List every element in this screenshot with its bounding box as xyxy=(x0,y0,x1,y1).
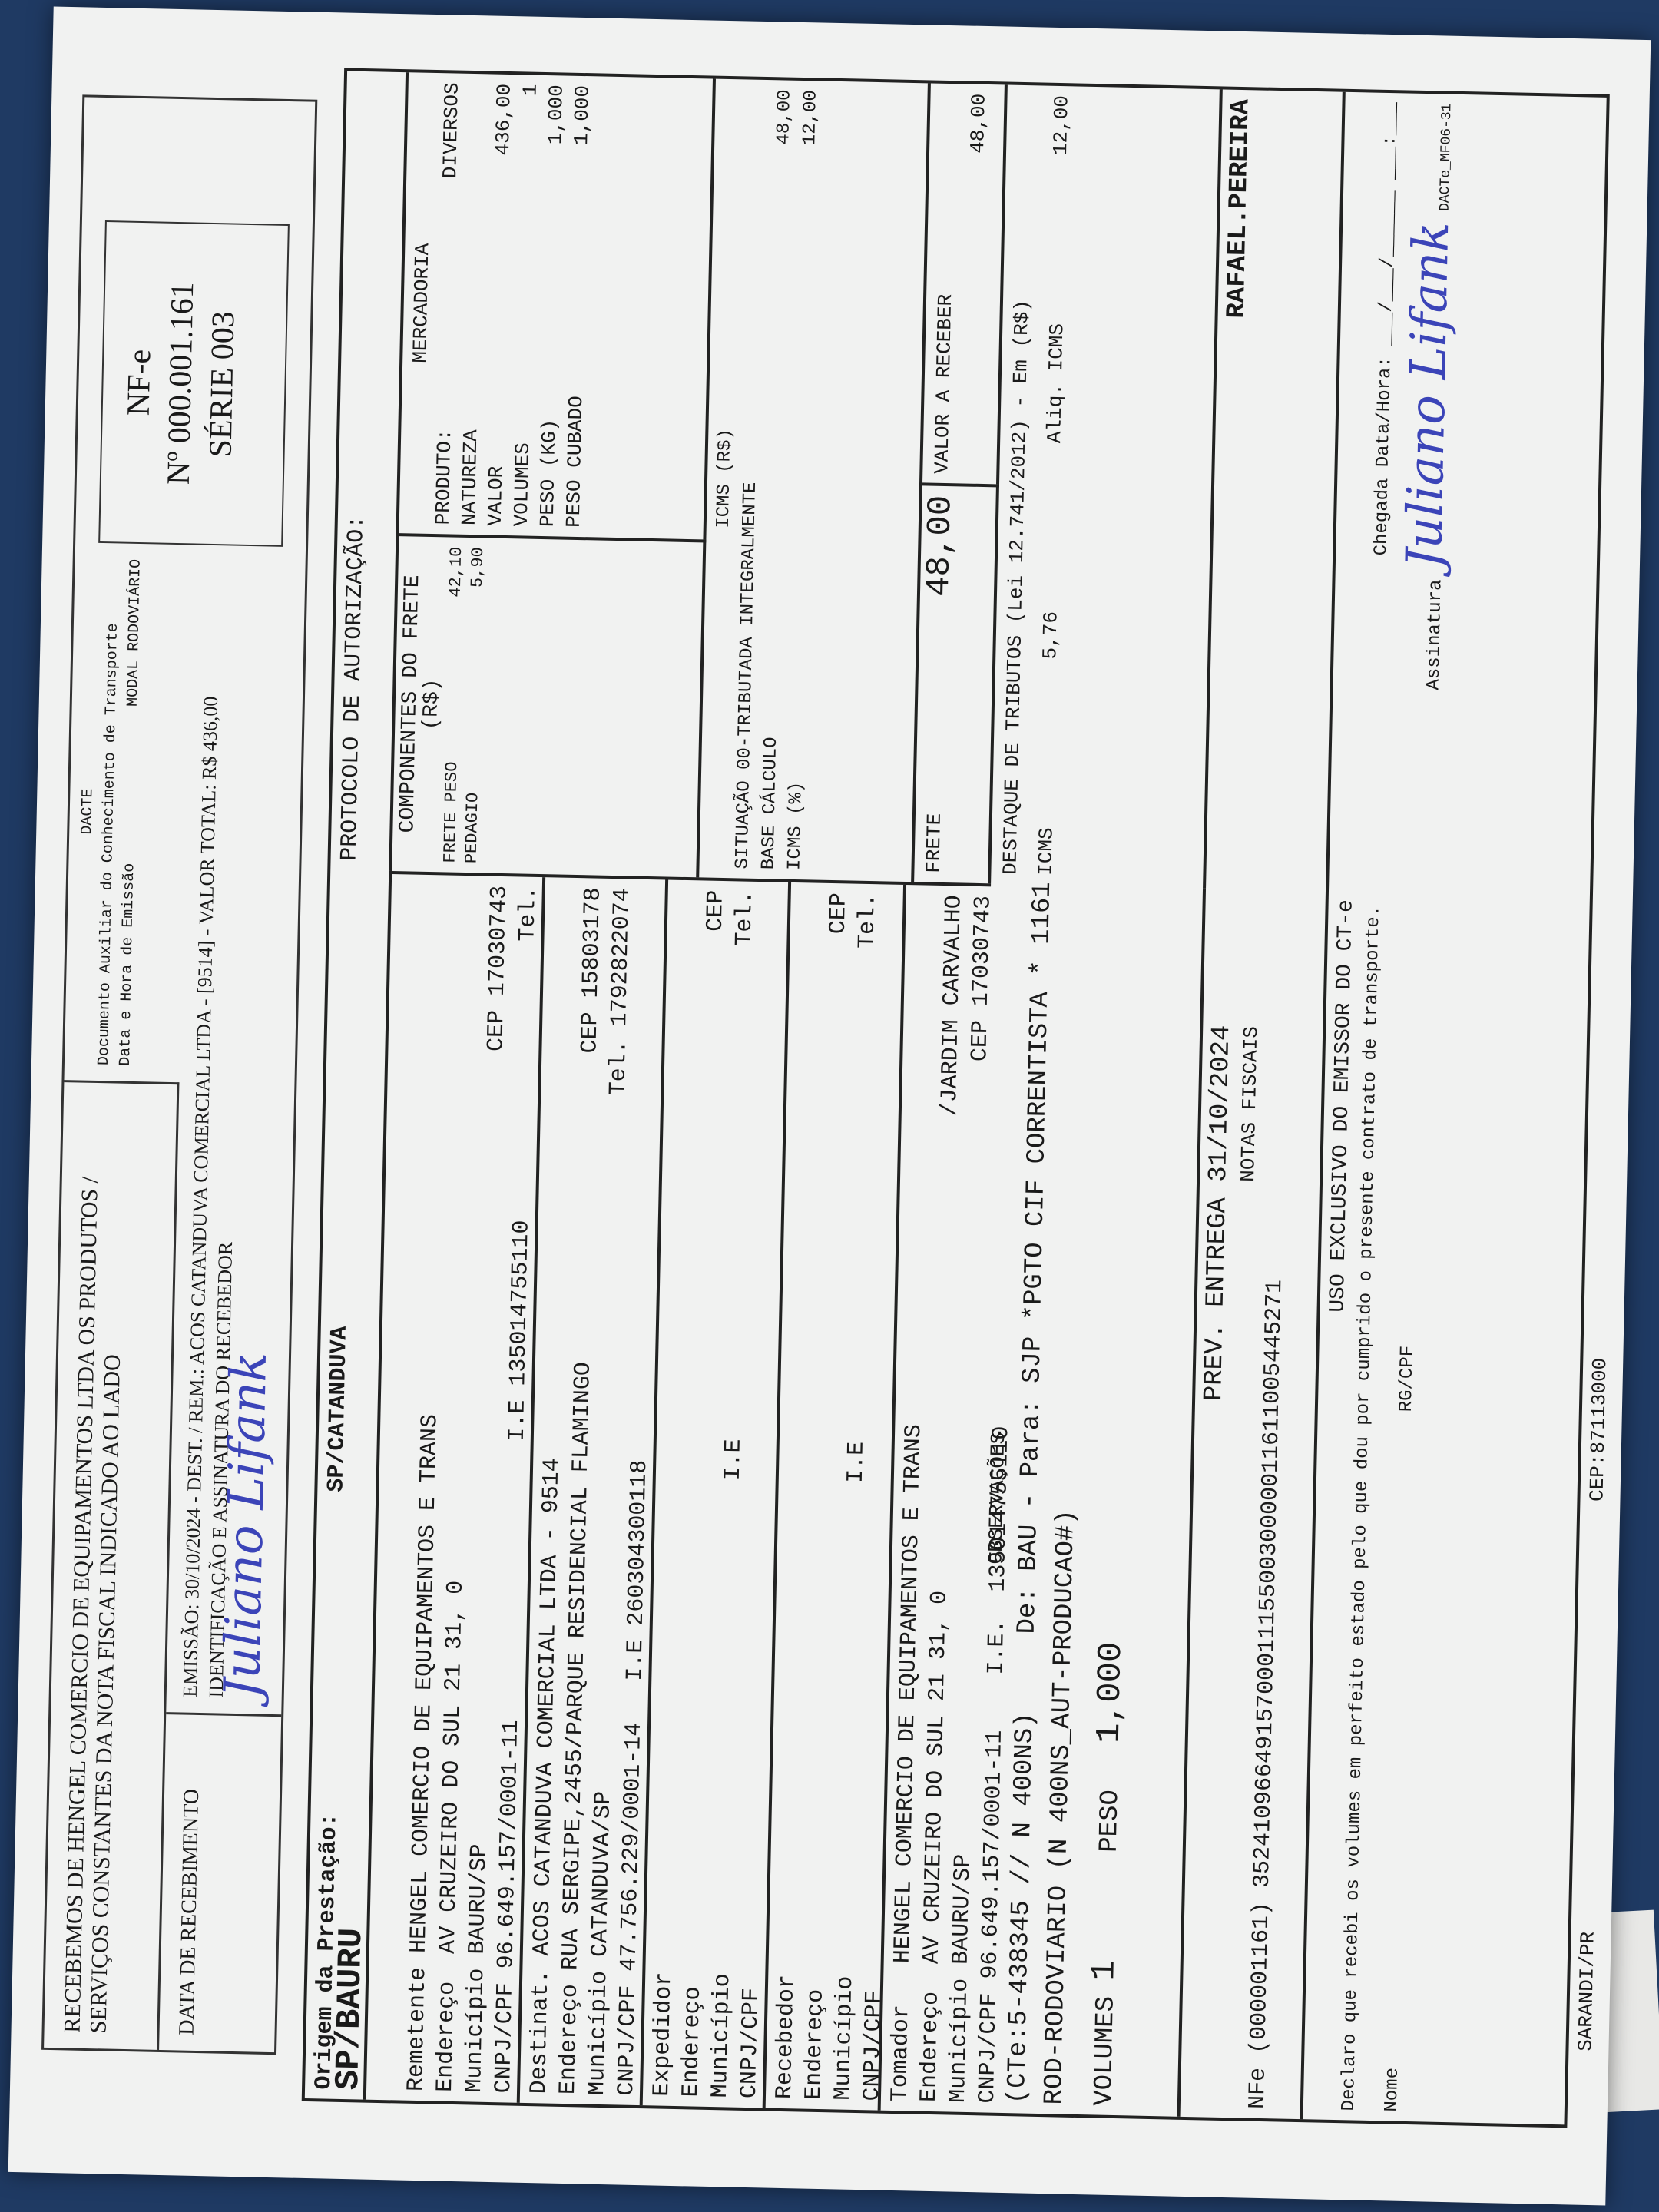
operator-name: RAFAEL.PEREIRA xyxy=(1223,99,1257,319)
expedidor-address-label: Endereço xyxy=(677,1986,708,2098)
taxes-rate-value: 12,00 xyxy=(1046,95,1077,156)
destinatario-tel: 1792822074 xyxy=(607,888,636,1027)
parties-section: Remetente HENGEL COMERCIO DE EQUIPAMENTO… xyxy=(366,871,991,2112)
delivery-signature: Juliano Lifank xyxy=(1396,221,1460,568)
merchandise-label: PESO (KG) xyxy=(535,419,563,527)
taxes-icms-label: ICMS xyxy=(1031,827,1061,876)
expedidor-city-label: Município xyxy=(706,1973,737,2098)
tomador-label: Tomador xyxy=(887,2005,916,2102)
merchandise-list: PRODUTO:DIVERSOSNATUREZAVALOR436,00VOLUM… xyxy=(430,82,596,528)
observations-box: OBSERVAÇÕES (CTe:5-438345 // N 400NS) De… xyxy=(965,883,1206,2117)
destination-partial: SP/CATANDUVA xyxy=(323,1326,353,1492)
merchandise-box: MERCADORIA PRODUTO:DIVERSOSNATUREZAVALOR… xyxy=(399,72,715,539)
remetente-tel-label: Tel. xyxy=(513,886,543,942)
recebedor-city-label: Município xyxy=(829,1975,860,2101)
name-label: Nome xyxy=(1379,2068,1420,2113)
icms-rate-value: 12,00 xyxy=(797,90,825,146)
icms-rate-label: ICMS (%) xyxy=(782,781,810,870)
nfe-box: NF-e Nº 000.001.161 SÉRIE 003 xyxy=(98,220,290,547)
tomador-address-label: Endereço xyxy=(916,1992,945,2103)
remetente-cep: 17030743 xyxy=(485,886,513,997)
destinatario-cep: 15803178 xyxy=(578,887,607,998)
merchandise-value: 1,000 xyxy=(568,85,596,146)
merchandise-label: PESO CUBADO xyxy=(561,396,590,528)
frete-value: 48,00 xyxy=(925,495,956,597)
remetente-address-label: Endereço xyxy=(432,1981,461,2092)
receipt-date-label: DATA DE RECEBIMENTO xyxy=(174,1730,205,2035)
cte-reference: (CTe:5-438345 // N 400NS) xyxy=(1003,1712,1041,2104)
destinatario-label: Destinat. xyxy=(526,1969,555,2094)
remetente-city-label: Município xyxy=(462,1968,490,2093)
freight-components: COMPONENTES DO FRETE (R$) FRETE PESO42,1… xyxy=(392,533,706,877)
dacte-header: DACTE Documento Auxiliar do Conhecimento… xyxy=(72,558,147,1066)
merchandise-label: VOLUMES xyxy=(508,442,536,527)
nfe-title: NF-e xyxy=(115,222,164,542)
destinatario-cep-label: CEP xyxy=(577,1012,604,1054)
arrival-field[interactable]: ___/___/______ ___:___ xyxy=(1376,102,1402,346)
remetente-label: Remetente xyxy=(403,1967,432,2092)
remetente-cep-label: CEP xyxy=(483,1010,510,1052)
emission-time-label: Data e Hora de Emissão xyxy=(115,863,141,1067)
icms-base-label: BASE CÁLCULO xyxy=(756,737,785,870)
icms-box: ICMS (R$) SITUAÇÃO 00-TRIBUTADA INTEGRAL… xyxy=(699,79,931,882)
freight-components-list: FRETE PESO42,10PEDAGIO5,90 xyxy=(440,546,490,863)
remetente-ie-label: I.E xyxy=(505,1399,531,1442)
footer-city: SARANDI/PR xyxy=(1574,1932,1599,2052)
protocol-label: PROTOCOLO DE AUTORIZAÇÃO: xyxy=(337,515,370,862)
volumes-value: 1 xyxy=(1085,1960,1124,1981)
volumes-label: VOLUMES xyxy=(1090,1996,1121,2107)
taxes-rate-label: Aliq. ICMS xyxy=(1040,323,1071,444)
dacte-document: RECEBEMOS DE HENGEL COMERCIO DE EQUIPAME… xyxy=(8,7,1651,2206)
form-code: DACTe_MF06-31 xyxy=(1438,103,1455,211)
destinatario-cnpj-label: CNPJ/CPF xyxy=(614,1985,642,2096)
weight-label: PESO xyxy=(1095,1790,1126,1853)
rg-label: RG/CPF xyxy=(1393,1346,1435,1413)
remetente-cnpj: 96.649.157/0001-11 xyxy=(493,1720,525,1969)
recebedor-ie-label: I.E xyxy=(842,1441,872,1483)
destinatario-city-label: Município xyxy=(584,1971,613,2096)
stub-date-box[interactable]: DATA DE RECEBIMENTO xyxy=(159,1712,281,2052)
destinatario-cnpj: 47.756.229/0001-14 xyxy=(616,1722,647,1972)
nfe-series: SÉRIE 003 xyxy=(198,224,247,545)
expedidor-ie-label: I.E xyxy=(719,1439,749,1481)
taxes-icms-value: 5,76 xyxy=(1035,611,1065,660)
signature-label: Assinatura xyxy=(1424,579,1447,690)
freight-component-label: FRETE PESO xyxy=(440,761,464,863)
stub-identification: EMISSÃO: 30/10/2024 - DEST. / REM.: ACOS… xyxy=(166,560,305,1714)
tomador-address-extra: /JARDIM CARVALHO xyxy=(935,895,969,1117)
recebedor-tel-label: Tel. xyxy=(853,893,882,949)
merchandise-label: NATUREZA xyxy=(456,429,485,526)
remetente-ie: 135014755110 xyxy=(505,1220,535,1386)
weight-value: 1,000 xyxy=(1091,1641,1131,1743)
destinatario-city: CATANDUVA/SP xyxy=(588,1791,618,1958)
merchandise-value: DIVERSOS xyxy=(437,82,465,179)
modal-label: MODAL RODOVIÁRIO xyxy=(123,559,147,707)
issuer-use-box: USO EXCLUSIVO DO EMISSOR DO CT-e Declaro… xyxy=(1303,92,1607,2125)
merchandise-value: 1,000 xyxy=(542,84,570,145)
frete-total-box: FRETE48,00 xyxy=(914,482,999,883)
merchandise-label: PRODUTO: xyxy=(430,429,459,525)
stub-received-from: RECEBEMOS DE HENGEL COMERCIO DE EQUIPAME… xyxy=(44,1080,179,2050)
destinatario-tel-label: Tel. xyxy=(605,1040,633,1096)
footer-cep: CEP:87113000 xyxy=(1585,1358,1611,1502)
remetente-cnpj-label: CNPJ/CPF xyxy=(491,1982,519,2094)
merchandise-label: VALOR xyxy=(482,465,510,526)
delivery-date: 31/10/2024 xyxy=(1204,1025,1237,1182)
received-from-text: RECEBEMOS DE HENGEL COMERCIO DE EQUIPAME… xyxy=(60,1098,131,2034)
freight-components-title: COMPONENTES DO FRETE (R$) xyxy=(397,545,447,863)
nfe-number: Nº 000.001.161 xyxy=(157,224,205,544)
merchandise-value: 436,00 xyxy=(490,83,518,155)
taxes-highlight-box: DESTAQUE DE TRIBUTOS (Lei 12.741/2012) -… xyxy=(991,85,1223,889)
merchandise-value: 1 xyxy=(517,84,543,96)
freight-component-label: PEDAGIO xyxy=(462,792,485,863)
destinatario-ie: 260304300118 xyxy=(624,1459,654,1626)
delivery-label: PREV. ENTREGA xyxy=(1200,1197,1233,1402)
destinatario-address-label: Endereço xyxy=(555,1984,584,2095)
icms-base-value: 48,00 xyxy=(771,89,799,145)
destinatario-ie-label: I.E xyxy=(622,1639,649,1681)
recebedor-address-label: Endereço xyxy=(800,1988,831,2100)
cte-main-form: Origem da Prestação: SP/CATANDUVA SP/BAU… xyxy=(302,68,1610,2128)
remetente-city: BAURU/SP xyxy=(465,1843,493,1955)
freight-component-value: 42,10 xyxy=(445,546,468,598)
expedidor-tel-label: Tel. xyxy=(730,890,760,946)
frete-label: FRETE xyxy=(919,813,949,873)
expedidor-cep-label: CEP xyxy=(701,889,731,932)
receipt-stub: RECEBEMOS DE HENGEL COMERCIO DE EQUIPAME… xyxy=(41,94,317,2055)
merchandise-value xyxy=(465,83,492,84)
receivable-box: VALOR A RECEBER 48,00 xyxy=(922,83,1008,484)
arrival-label: Chegada Data/Hora: xyxy=(1371,356,1396,556)
recebedor-cep-label: CEP xyxy=(824,892,854,935)
freight-component-value: 5,90 xyxy=(467,547,489,588)
